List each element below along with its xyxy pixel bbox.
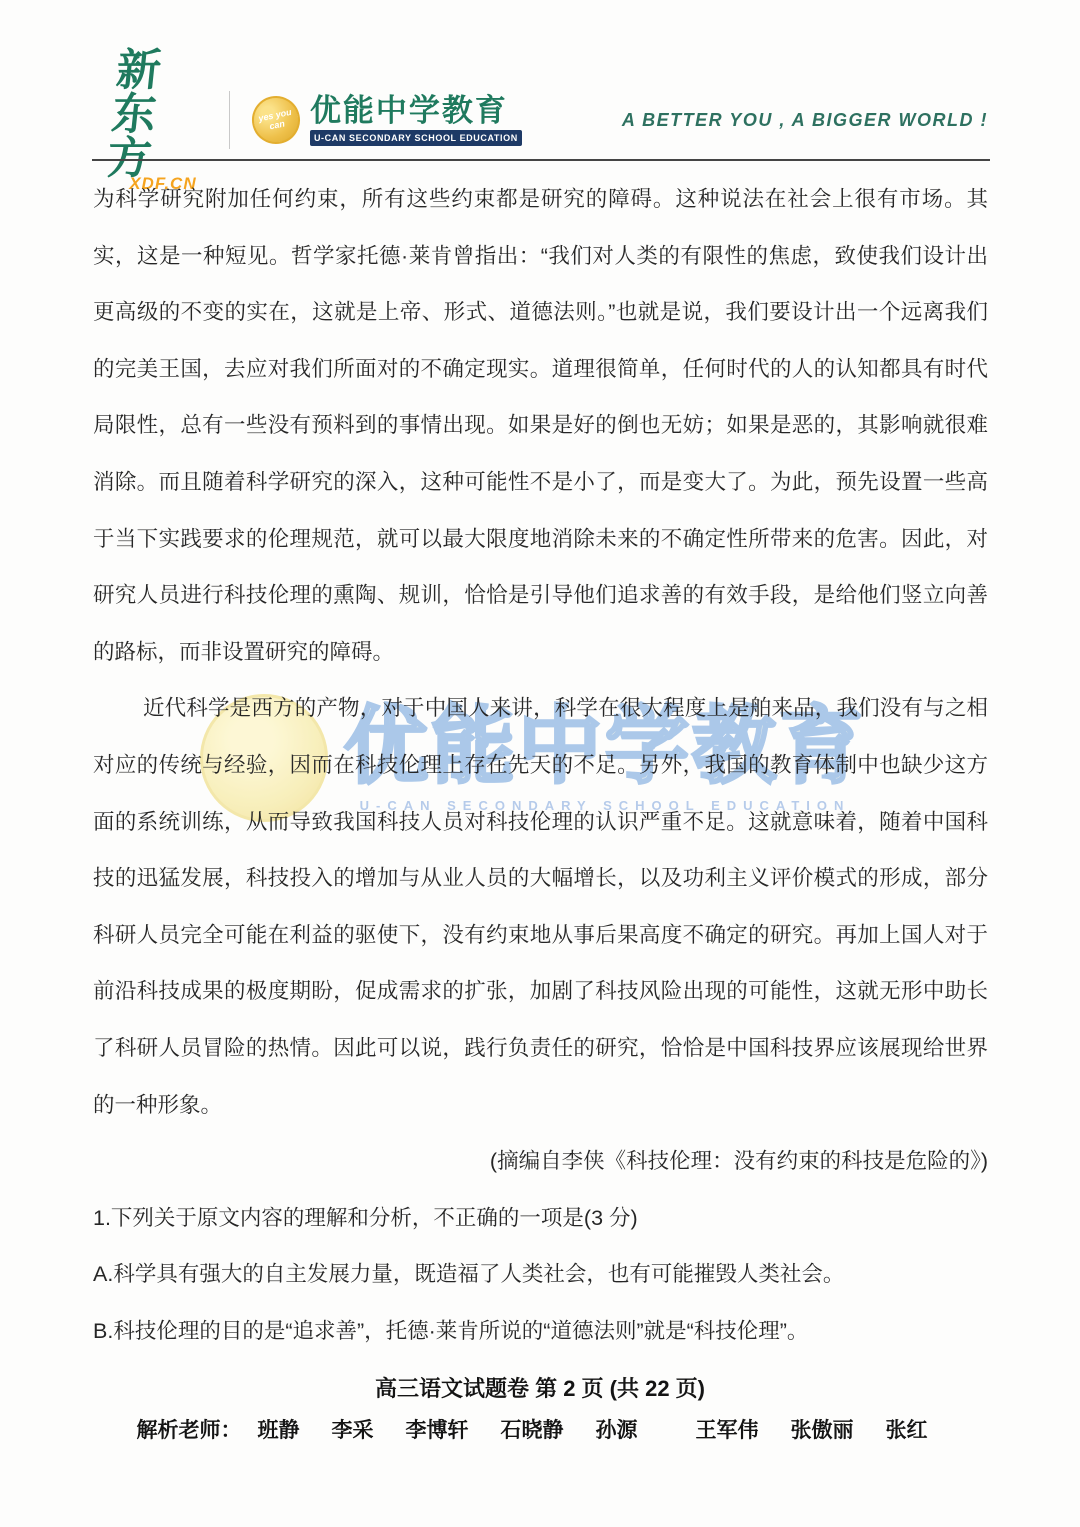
teacher-name: 孙源 — [596, 1419, 638, 1442]
article-content: 为科学研究附加任何约束，所有这些约束都是研究的障碍。这种说法在社会上很有市场。其… — [93, 171, 988, 1359]
footer-page-info: 高三语文试题卷 第 2 页 (共 22 页) — [0, 1372, 1080, 1403]
teacher-name: 班静 — [258, 1419, 300, 1442]
teacher-name: 李博轩 — [406, 1419, 469, 1442]
teacher-name: 张红 — [886, 1419, 928, 1442]
ucan-logo-text: 优能中学教育 U-CAN SECONDARY SCHOOL EDUCATION — [310, 94, 522, 146]
exam-document-page: 新东方 XDF.CN yes you can 优能中学教育 U-CAN SECO… — [0, 0, 1080, 1527]
teacher-name: 李采 — [332, 1419, 374, 1442]
brand-tagline: A BETTER YOU , A BIGGER WORLD ! — [622, 110, 988, 131]
question-1-stem: 1.下列关于原文内容的理解和分析，不正确的一项是(3 分) — [93, 1190, 988, 1247]
article-paragraph-2: 近代科学是西方的产物，对于中国人来讲，科学在很大程度上是舶来品，我们没有与之相对… — [93, 680, 988, 1133]
article-paragraph-1: 为科学研究附加任何约束，所有这些约束都是研究的障碍。这种说法在社会上很有市场。其… — [93, 171, 988, 680]
teacher-name: 张傲丽 — [791, 1419, 854, 1442]
ucan-badge-icon: yes you can — [247, 92, 304, 149]
brand-divider — [229, 91, 230, 149]
footer-teachers: 解析老师：班静李采李博轩石晓静孙源王军伟张傲丽张红 — [0, 1414, 1080, 1444]
header-divider-rule — [92, 159, 990, 161]
ucan-logo-title: 优能中学教育 — [310, 94, 522, 128]
teacher-name: 王军伟 — [696, 1419, 759, 1442]
teachers-label: 解析老师： — [137, 1419, 242, 1442]
question-1-option-b: B.科技伦理的目的是“追求善”，托德·莱肯所说的“道德法则”就是“科技伦理”。 — [93, 1303, 988, 1360]
article-citation: (摘编自李侠《科技伦理：没有约束的科技是危险的》) — [93, 1133, 988, 1190]
ucan-logo: yes you can 优能中学教育 U-CAN SECONDARY SCHOO… — [252, 94, 522, 146]
question-1-option-a: A.科学具有强大的自主发展力量，既造福了人类社会，也有可能摧毁人类社会。 — [93, 1246, 988, 1303]
ucan-logo-subtitle: U-CAN SECONDARY SCHOOL EDUCATION — [310, 130, 522, 146]
brand-header: 新东方 XDF.CN yes you can 优能中学教育 U-CAN SECO… — [112, 82, 988, 158]
teacher-name: 石晓静 — [501, 1419, 564, 1442]
